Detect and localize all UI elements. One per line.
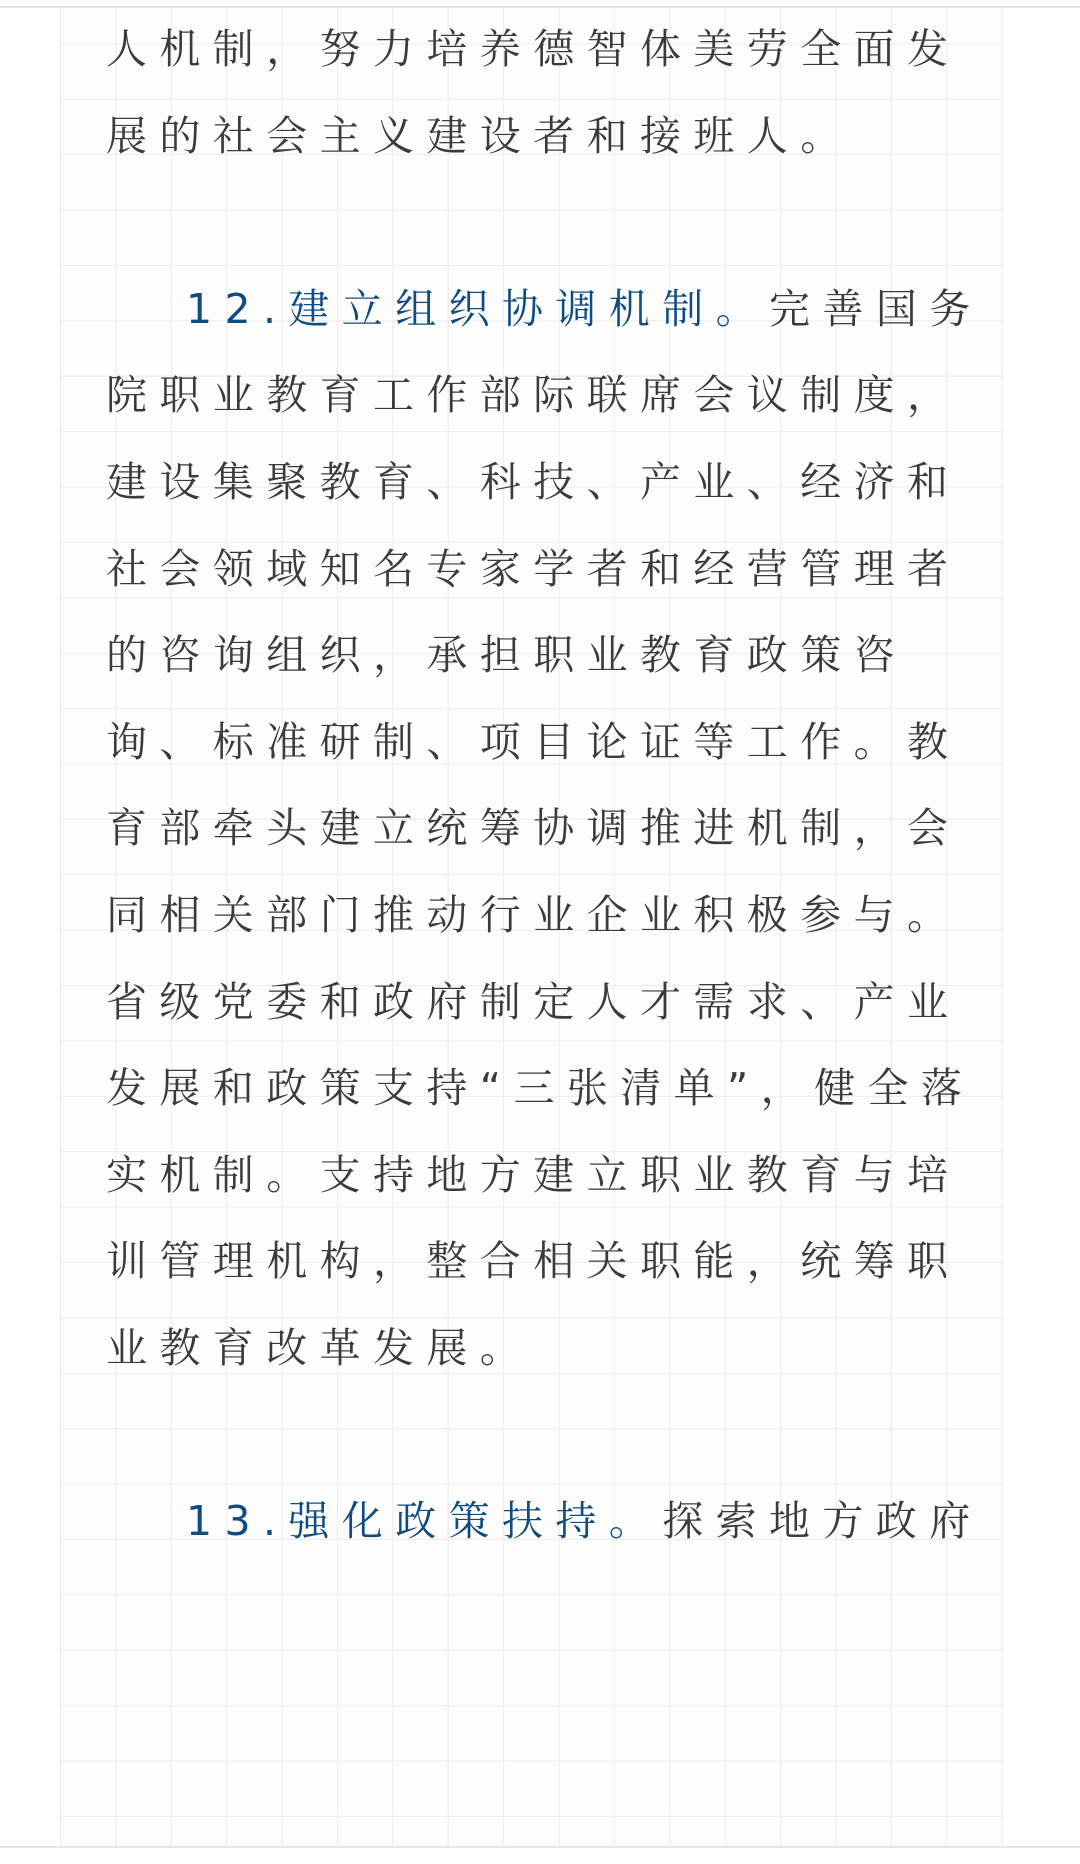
section-13-heading: 13.强化政策扶持。 [186,1497,662,1545]
bottom-divider [0,1846,1080,1848]
text-line: 发展和政策支持“三张清单”，健全落 [106,1045,986,1132]
paragraph-previous: 人机制，努力培养德智体美劳全面发 展的社会主义建设者和接班人。 [106,6,986,179]
text-line: 的咨询组织，承担职业教育政策咨 [106,612,986,699]
text-line: 人机制，努力培养德智体美劳全面发 [106,6,986,93]
text-line: 实机制。支持地方建立职业教育与培 [106,1132,986,1219]
text-line: 展的社会主义建设者和接班人。 [106,93,986,180]
section-12-first-line: 12.建立组织协调机制。完善国务 [106,266,986,353]
paragraph-spacer [106,1392,986,1479]
article-body: 人机制，努力培养德智体美劳全面发 展的社会主义建设者和接班人。 12.建立组织协… [106,6,986,1565]
text-run: 探索地方政府 [662,1497,982,1545]
section-13-first-line: 13.强化政策扶持。探索地方政府 [106,1478,986,1565]
section-13-paragraph: 13.强化政策扶持。探索地方政府 [106,1478,986,1565]
text-line: 询、标准研制、项目论证等工作。教 [106,699,986,786]
text-line: 社会领域知名专家学者和经营管理者 [106,526,986,613]
text-run: 完善国务 [769,285,983,333]
section-12-paragraph: 12.建立组织协调机制。完善国务 院职业教育工作部际联席会议制度， 建设集聚教育… [106,266,986,1392]
text-line: 业教育改革发展。 [106,1305,986,1392]
text-line: 省级党委和政府制定人才需求、产业 [106,959,986,1046]
section-12-heading: 12.建立组织协调机制。 [186,285,769,333]
text-line: 院职业教育工作部际联席会议制度， [106,352,986,439]
text-line: 训管理机构，整合相关职能，统筹职 [106,1218,986,1305]
text-line: 建设集聚教育、科技、产业、经济和 [106,439,986,526]
text-line: 育部牵头建立统筹协调推进机制，会 [106,785,986,872]
article-page: 人机制，努力培养德智体美劳全面发 展的社会主义建设者和接班人。 12.建立组织协… [0,0,1080,1864]
paragraph-spacer [106,179,986,266]
text-line: 同相关部门推动行业企业积极参与。 [106,872,986,959]
